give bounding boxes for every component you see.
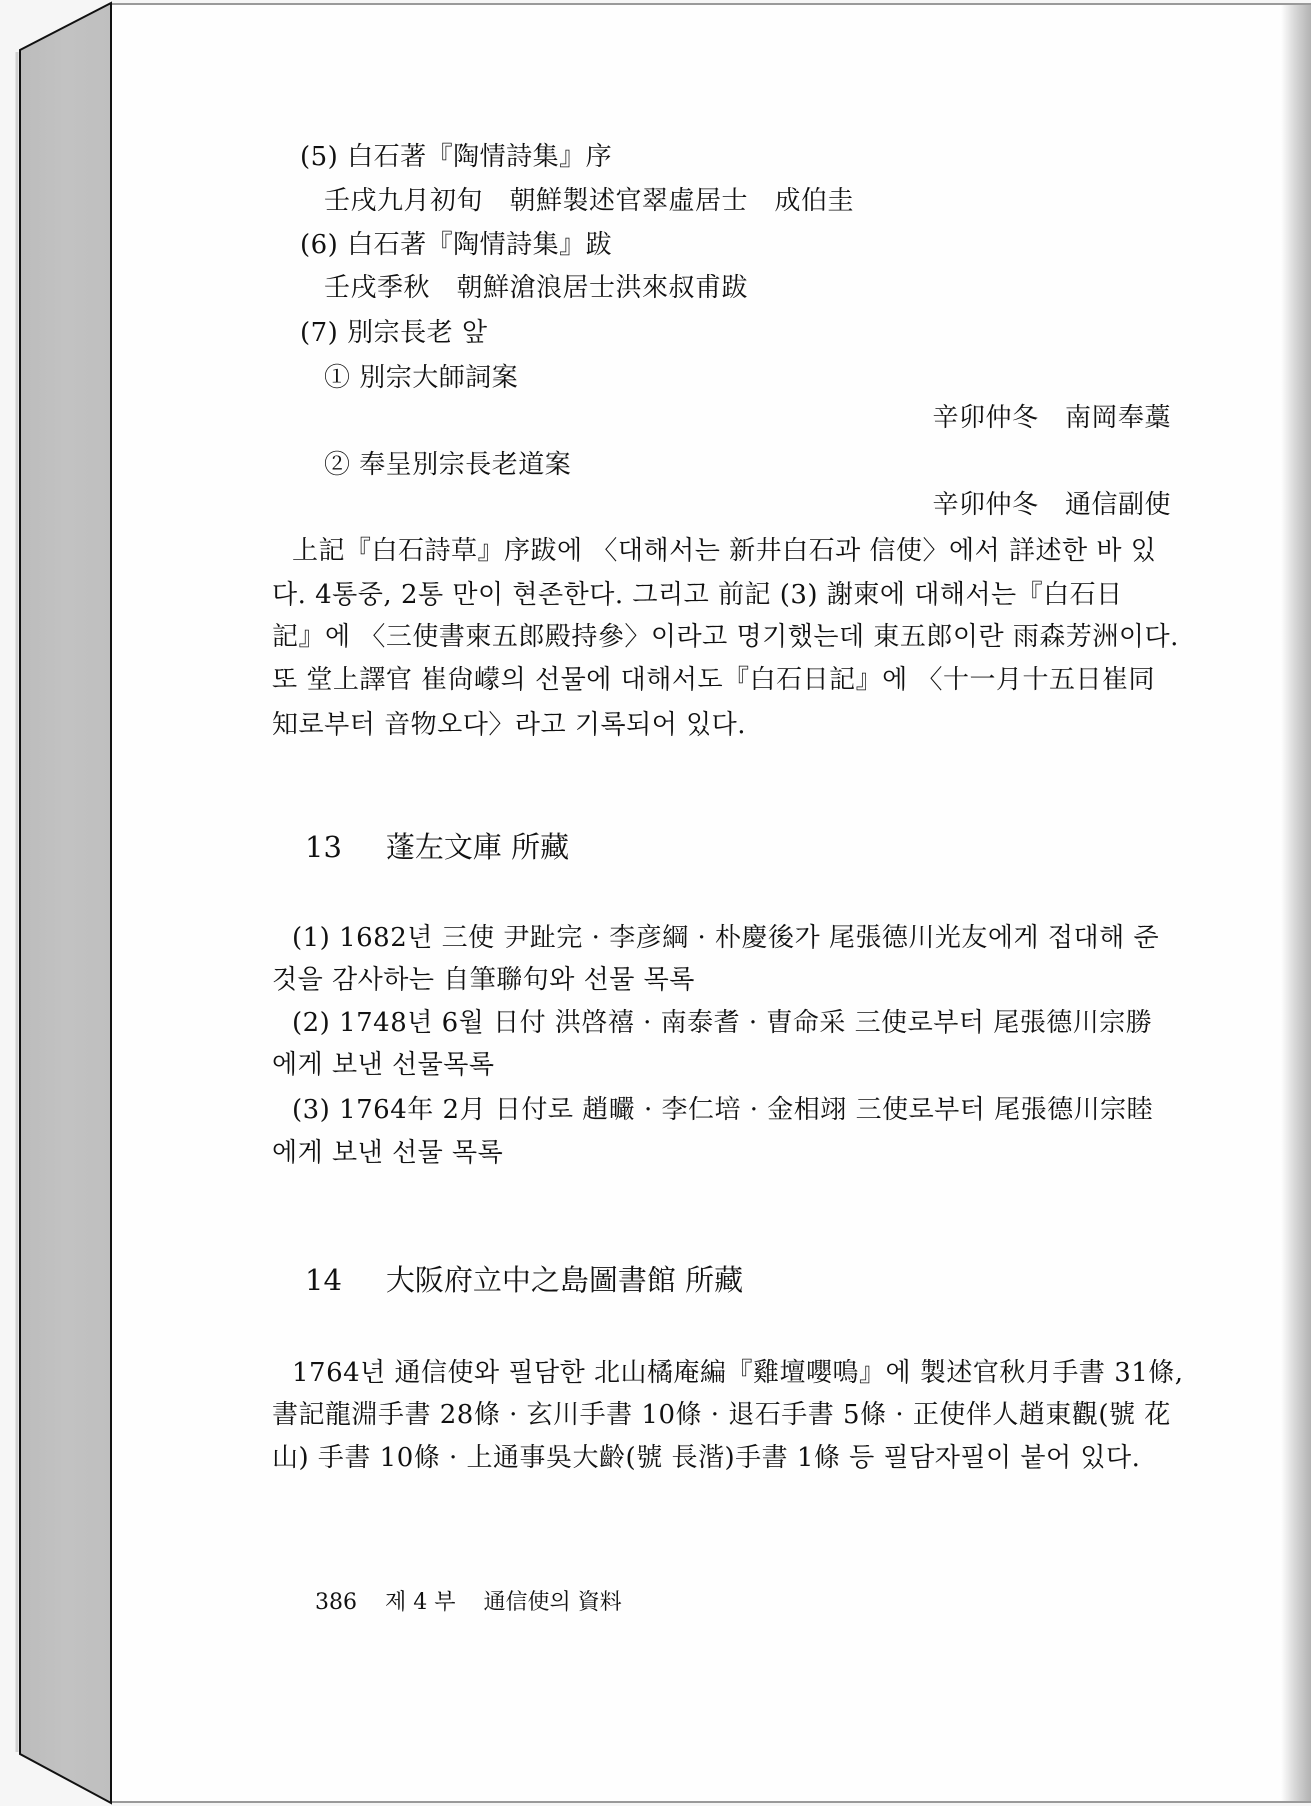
footer-title: 通信使의 資料	[484, 1590, 622, 1615]
section-13-line: (2) 1748년 6월 日付 洪啓禧 · 南泰耆 · 曺命采 三使로부터 尾張…	[292, 1007, 1152, 1039]
footer-page-number: 386	[315, 1590, 357, 1615]
running-footer: 386제 4 부通信使의 資料	[315, 1589, 622, 1617]
list-item-7-1: ① 別宗大師詞案	[324, 362, 518, 394]
list-item-7-1-signature: 辛卯仲冬 南岡奉藁	[932, 402, 1171, 434]
section-13-line: (3) 1764年 2月 日付로 趙曮 · 李仁培 · 金相翊 三使로부터 尾張…	[292, 1094, 1153, 1126]
section-14-line: 山) 手書 10條 · 上通事吳大齡(號 長湝)手書 1條 등 필담자필이 붙어…	[272, 1442, 1140, 1474]
section-13-line: 에게 보낸 선물 목록	[272, 1137, 503, 1169]
section-14-line: 書記龍淵手書 28條 · 玄川手書 10條 · 退石手書 5條 · 正使伴人趙東…	[272, 1399, 1171, 1431]
section-13-heading: 13蓬左文庫 所藏	[305, 829, 569, 865]
section-13-number: 13	[305, 830, 342, 864]
section-13-line: (1) 1682년 三使 尹趾完 · 李彦綱 · 朴慶後가 尾張德川光友에게 접…	[292, 922, 1159, 954]
page-edge-shadow	[1281, 5, 1311, 1801]
list-item-6-title: (6) 白石著『陶情詩集』跋	[300, 229, 612, 261]
section-13-line: 에게 보낸 선물목록	[272, 1049, 494, 1081]
book-page: (5) 白石著『陶情詩集』序 壬戌九月初旬 朝鮮製述官翠虛居士 成伯圭 (6) …	[112, 3, 1311, 1803]
section-14-number: 14	[305, 1263, 342, 1297]
section-14-line: 1764년 通信使와 필담한 北山橘庵編『雞壇嚶鳴』에 製述官秋月手書 31條,	[292, 1357, 1184, 1389]
section-13-title: 蓬左文庫 所藏	[386, 830, 569, 864]
list-item-5-title: (5) 白石著『陶情詩集』序	[300, 141, 612, 173]
section-13-line: 것을 감사하는 自筆聯句와 선물 목록	[272, 964, 695, 996]
paragraph-line: 上記『白石詩草』序跋에 〈대해서는 新井白石과 信使〉에서 詳述한 바 있	[292, 535, 1156, 567]
footer-part-label: 제 4 부	[385, 1590, 456, 1615]
section-14-title: 大阪府立中之島圖書館 所藏	[386, 1263, 743, 1297]
list-item-7-title: (7) 別宗長老 앞	[300, 317, 487, 349]
paragraph-line: 記』에 〈三使書柬五郎殿持參〉이라고 명기했는데 東五郎이란 雨森芳洲이다.	[272, 621, 1179, 653]
list-item-6-signature: 壬戌季秋 朝鮮滄浪居士洪來叔甫跋	[324, 272, 748, 304]
list-item-7-2: ② 奉呈別宗長老道案	[324, 449, 571, 481]
list-item-7-2-signature: 辛卯仲冬 通信副使	[932, 489, 1171, 521]
paragraph-line: 다. 4통중, 2통 만이 현존한다. 그리고 前記 (3) 謝柬에 대해서는『…	[272, 579, 1123, 611]
list-item-5-signature: 壬戌九月初旬 朝鮮製述官翠虛居士 成伯圭	[324, 185, 854, 217]
paragraph-line: 또 堂上譯官 崔尙㠓의 선물에 대해서도『白石日記』에 〈十一月十五日崔同	[272, 664, 1155, 696]
paragraph-line: 知로부터 音物오다〉라고 기록되어 있다.	[272, 709, 746, 741]
book-spine-graphic	[0, 0, 115, 1806]
section-14-heading: 14大阪府立中之島圖書館 所藏	[305, 1262, 743, 1298]
book-spine	[0, 0, 115, 1806]
